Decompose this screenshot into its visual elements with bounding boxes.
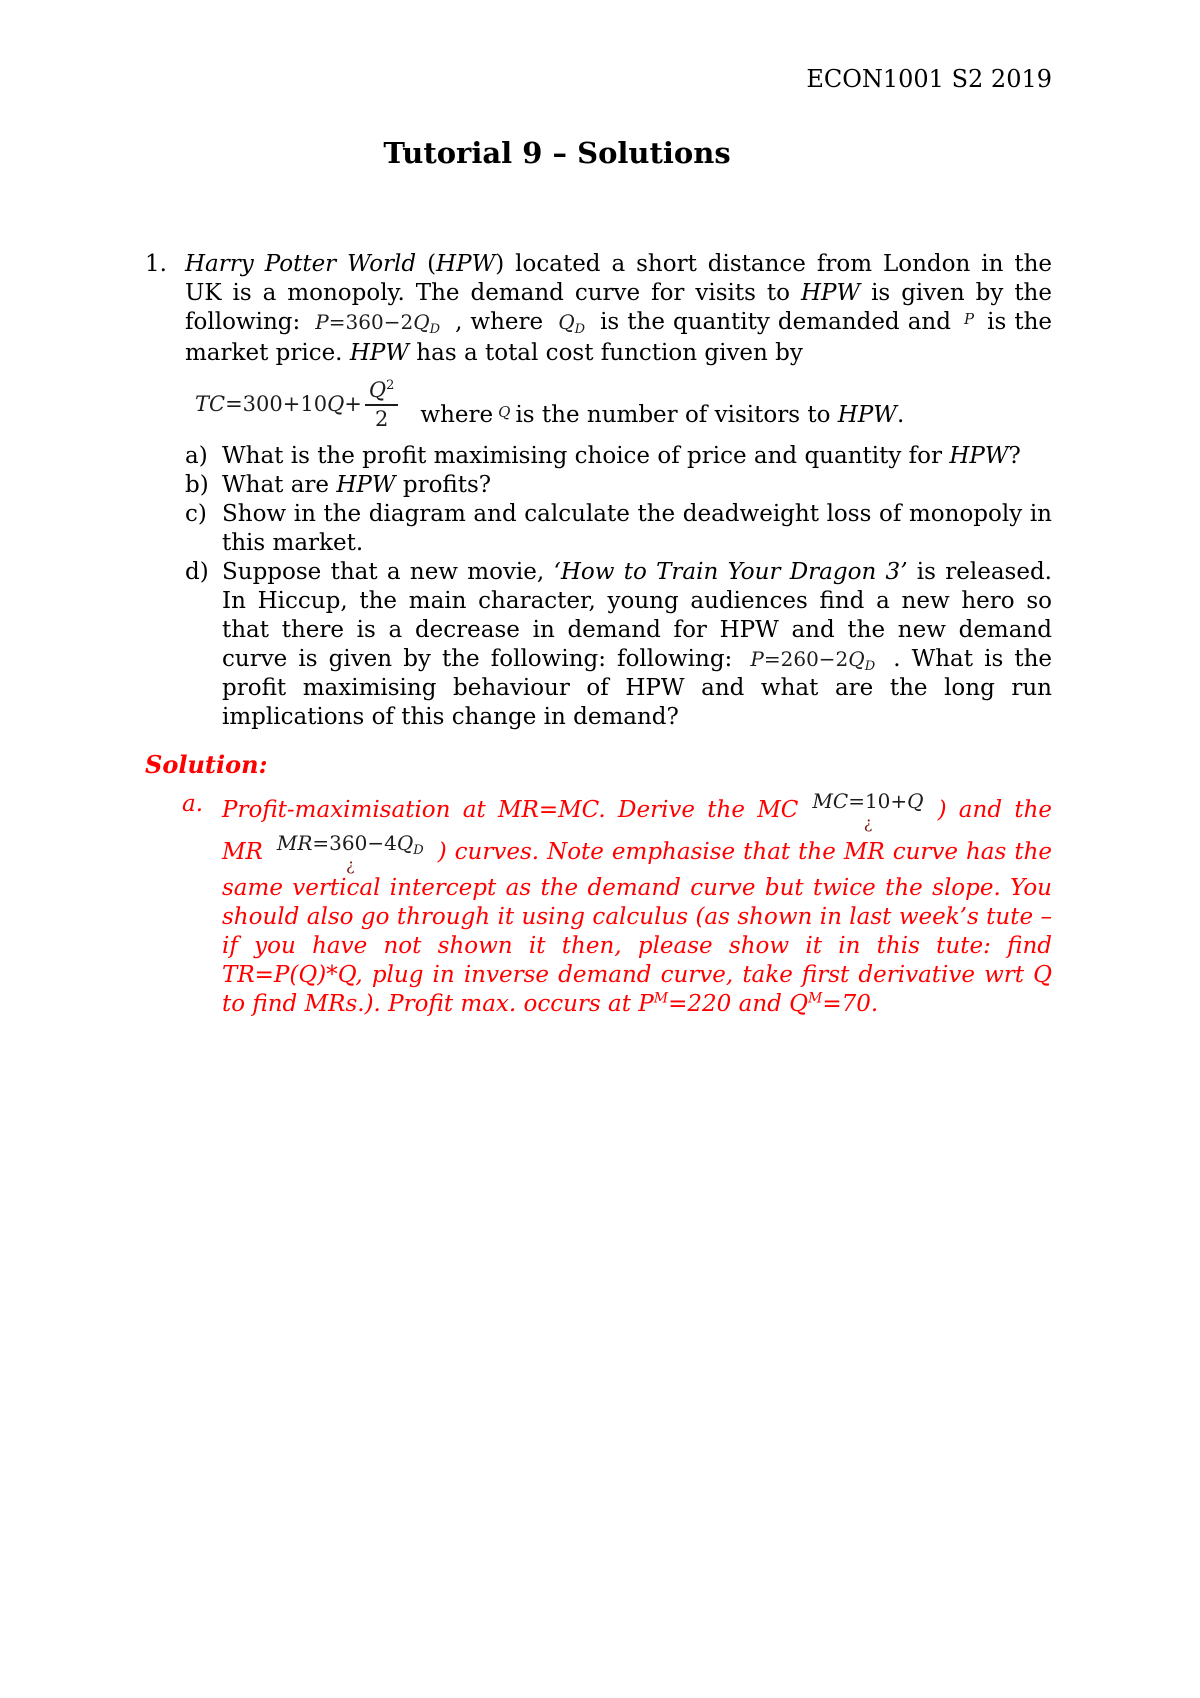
part-b: b) What are HPW profits? (185, 471, 1052, 500)
formula-variable: TC (195, 390, 225, 419)
formula-body: MR=360−4QD (277, 832, 424, 855)
formula-subscript: D (865, 659, 875, 674)
page-title: Tutorial 9 – Solutions (0, 134, 1157, 172)
formula-artifact-mark: ¿ (864, 813, 873, 832)
text-segment: What is the profit maximising choice of … (222, 443, 949, 469)
italic-text: HPW (350, 340, 409, 366)
text-segment: ? (1009, 443, 1021, 469)
text-segment: has a total cost function given by (409, 340, 803, 366)
formula-operators: =260−2 (764, 647, 848, 671)
text-segment: where (420, 402, 493, 428)
italic-text: HPW (949, 443, 1008, 469)
text-segment: . (897, 402, 904, 428)
inline-formula-demand-new: P=260−2QD (750, 647, 875, 671)
italic-text: ‘How to Train Your Dragon 3’ (554, 559, 908, 585)
inline-formula-p: P (964, 310, 974, 328)
formula-variable: Q (397, 831, 413, 855)
formula-variable: Q (848, 647, 864, 671)
text-segment: Profit-maximisation at MR=MC. Derive the… (222, 797, 798, 823)
part-text: Show in the diagram and calculate the de… (222, 500, 1052, 558)
question-sub-list: a) What is the profit maximising choice … (185, 442, 1052, 732)
question-item-1: 1. Harry Potter World (HPW) located a sh… (145, 250, 1052, 732)
text-segment: What are (222, 472, 336, 498)
formula-mr: MR=360−4QD¿ (277, 832, 424, 874)
text-segment: =70. (822, 991, 878, 1017)
part-c: c) Show in the diagram and calculate the… (185, 500, 1052, 558)
formula-operators: + (344, 390, 362, 419)
solution-item-a: a. Profit-maximisation at MR=MC. Derive … (182, 790, 1052, 1019)
formula-variable: Q (907, 789, 923, 813)
document-body: 1. Harry Potter World (HPW) located a sh… (145, 250, 1052, 1019)
formula-variable: Q (327, 390, 344, 419)
italic-text: Harry Potter World (185, 251, 416, 277)
text-segment: , where (447, 309, 551, 335)
text-segment: =220 and Q (668, 991, 808, 1017)
formula-variable: MC (812, 789, 848, 813)
tc-formula: TC=300+10Q+Q22 (195, 376, 398, 432)
formula-variable: P (750, 647, 763, 671)
inline-formula-q: Q (498, 403, 510, 421)
question-intro: Harry Potter World (HPW) located a short… (185, 250, 1052, 368)
course-code: ECON1001 S2 2019 (145, 64, 1052, 94)
part-label: a) (185, 442, 222, 471)
part-text: What are HPW profits? (222, 471, 1052, 500)
part-label: c) (185, 500, 222, 558)
italic-text: HPW (436, 251, 495, 277)
tc-formula-row: TC=300+10Q+Q22 whereQis the number of vi… (185, 376, 1052, 432)
text-segment: Show in the diagram and calculate the de… (222, 501, 1052, 556)
formula-subscript: D (575, 322, 585, 337)
formula-operators: =10+ (848, 789, 907, 813)
document-page: ECON1001 S2 2019 Tutorial 9 – Solutions … (0, 0, 1200, 1698)
formula-variable: P (315, 310, 328, 334)
solution-text: Profit-maximisation at MR=MC. Derive the… (222, 790, 1052, 1019)
fraction-denominator: 2 (375, 406, 388, 432)
text-segment: is the quantity demanded and (592, 309, 959, 335)
superscript-m: M (808, 990, 822, 1006)
formula-subscript: D (413, 843, 423, 858)
part-d: d) Suppose that a new movie, ‘How to Tra… (185, 558, 1052, 732)
formula-exponent: 2 (386, 378, 394, 393)
formula-subscript: D (430, 322, 440, 337)
part-a: a) What is the profit maximising choice … (185, 442, 1052, 471)
solution-heading: Solution: (145, 750, 1052, 780)
formula-operators: =360−2 (329, 310, 413, 334)
solution-item-label: a. (182, 790, 222, 1019)
formula-variable: Q (369, 378, 386, 402)
tc-formula-caption: whereQis the number of visitors to HPW. (420, 401, 904, 432)
text-segment: is the number of visitors to (515, 402, 837, 428)
italic-text: HPW (838, 402, 897, 428)
part-text: Suppose that a new movie, ‘How to Train … (222, 558, 1052, 732)
formula-operators: =300+10 (225, 390, 327, 419)
superscript-m: M (654, 990, 668, 1006)
text-segment: profits? (396, 472, 492, 498)
formula-variable: MR (277, 831, 313, 855)
formula-variable: Q (413, 310, 429, 334)
formula-body: MC=10+Q (812, 790, 923, 813)
text-segment: ( (416, 251, 436, 277)
inline-formula-demand: P=360−2QD (315, 310, 440, 334)
formula-mc: MC=10+Q¿ (812, 790, 923, 832)
fraction-numerator: Q2 (365, 376, 399, 406)
italic-text: HPW (801, 280, 860, 306)
question-number: 1. (145, 250, 185, 732)
part-text: What is the profit maximising choice of … (222, 442, 1052, 471)
formula-variable: Q (558, 310, 574, 334)
formula-operators: =360−4 (312, 831, 396, 855)
inline-formula-qd: QD (558, 310, 585, 334)
text-segment: Suppose that a new movie, (222, 559, 554, 585)
part-label: b) (185, 471, 222, 500)
part-label: d) (185, 558, 222, 732)
formula-artifact-mark: ¿ (346, 855, 355, 874)
italic-text: HPW (336, 472, 395, 498)
fraction: Q22 (365, 376, 399, 432)
